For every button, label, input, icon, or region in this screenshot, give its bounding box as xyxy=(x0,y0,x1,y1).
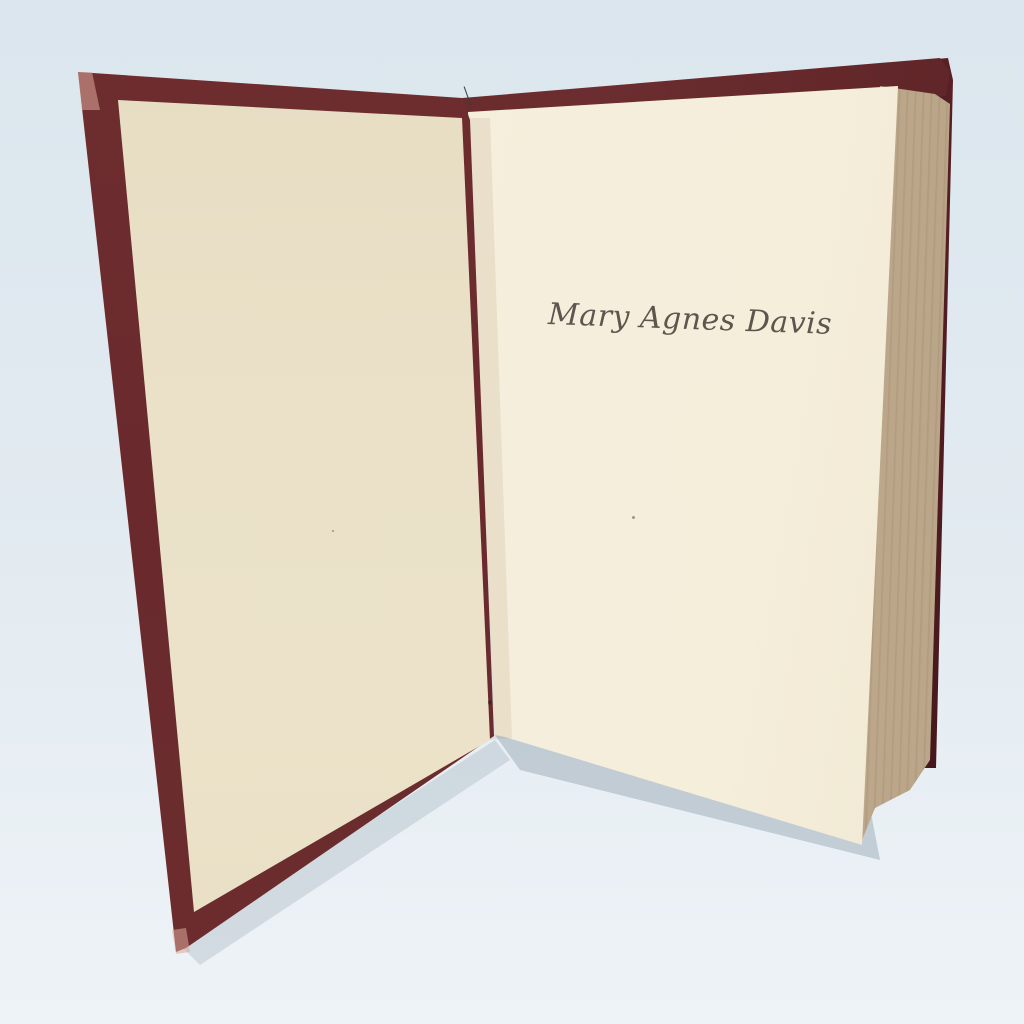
gutter-speck xyxy=(488,700,492,705)
page-speck xyxy=(632,516,635,519)
endpaper-speck xyxy=(332,530,334,532)
